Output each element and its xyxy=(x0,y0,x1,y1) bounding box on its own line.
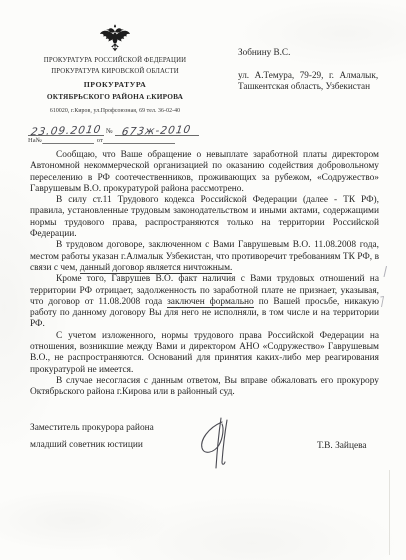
incoming-ref-line: На№от xyxy=(24,137,206,144)
handwritten-signature-icon xyxy=(196,416,236,475)
paragraph: В случае несогласия с данным ответом, Вы… xyxy=(30,376,379,399)
scan-artifact xyxy=(389,470,390,555)
underlined-phrase: заключен формально xyxy=(167,297,254,308)
paragraph-text: С учетом изложенного, нормы трудового пр… xyxy=(30,331,379,375)
letterhead-address: 610020, г.Киров, ул.Профсоюзная, 69 тел.… xyxy=(24,108,206,114)
addressee-name: Зобнину В.С. xyxy=(238,47,376,58)
outgoing-number-blank: 673ж-2010 xyxy=(115,121,199,136)
paragraph: Кроме того, Гаврушев В.О. факт наличия с… xyxy=(30,274,379,330)
paragraph: Сообщаю, что Ваше обращение о невыплате … xyxy=(30,150,379,195)
paragraph-text: Сообщаю, что Ваше обращение о невыплате … xyxy=(30,150,379,194)
letterhead-line-prokuratura: ПРОКУРАТУРА xyxy=(24,79,206,91)
signer-position-line1: Заместитель прокурора района xyxy=(30,423,154,433)
scanned-letter-page: ПРОКУРАТУРА РОССИЙСКОЙ ФЕДЕРАЦИИ ПРОКУРА… xyxy=(0,0,406,560)
letterhead-line-district: ОКТЯБРЬСКОГО РАЙОНА г.КИРОВА xyxy=(24,91,206,103)
outgoing-ref-line: 23.09.2010№673ж-2010 xyxy=(24,118,206,134)
coat-of-arms-eagle-icon xyxy=(99,24,131,52)
handwritten-date: 23.09.2010 xyxy=(30,124,102,138)
signer-name: Т.В. Зайцева xyxy=(317,441,367,451)
addressee-block: Зобнину В.С. ул. А.Темура, 79-29, г. Алм… xyxy=(238,47,376,92)
handwritten-number: 673ж-2010 xyxy=(121,124,192,138)
addressee-address-line2: Ташкентская область, Узбекистан xyxy=(238,81,376,92)
margin-pen-mark xyxy=(380,296,384,307)
letterhead-line-federation: ПРОКУРАТУРА РОССИЙСКОЙ ФЕДЕРАЦИИ xyxy=(24,55,206,66)
signer-position-line2: младший советник юстиции xyxy=(30,440,143,450)
letterhead: ПРОКУРАТУРА РОССИЙСКОЙ ФЕДЕРАЦИИ ПРОКУРА… xyxy=(24,24,206,144)
outgoing-date-blank: 23.09.2010 xyxy=(28,121,104,136)
paragraph-text: В силу ст.11 Трудового кодекса Российско… xyxy=(30,195,379,239)
letterhead-line-region: ПРОКУРАТУРА КИРОВСКОЙ ОБЛАСТИ xyxy=(24,66,206,77)
paragraph-text: В случае несогласия с данным ответом, Вы… xyxy=(30,376,379,397)
incoming-date-blank xyxy=(103,137,175,144)
addressee-address-line1: ул. А.Темура, 79-29, г. Алмалык, xyxy=(238,70,376,81)
paragraph: В трудовом договоре, заключенном с Вами … xyxy=(30,240,379,274)
body-paragraphs: Сообщаю, что Ваше обращение о невыплате … xyxy=(30,150,379,399)
margin-pen-mark xyxy=(383,266,387,277)
incoming-number-blank xyxy=(42,137,94,144)
number-sign: № xyxy=(106,126,113,136)
underlined-phrase: данный договор является ничтожным. xyxy=(80,263,233,274)
paragraph: С учетом изложенного, нормы трудового пр… xyxy=(30,331,379,376)
paragraph: В силу ст.11 Трудового кодекса Российско… xyxy=(30,195,379,240)
